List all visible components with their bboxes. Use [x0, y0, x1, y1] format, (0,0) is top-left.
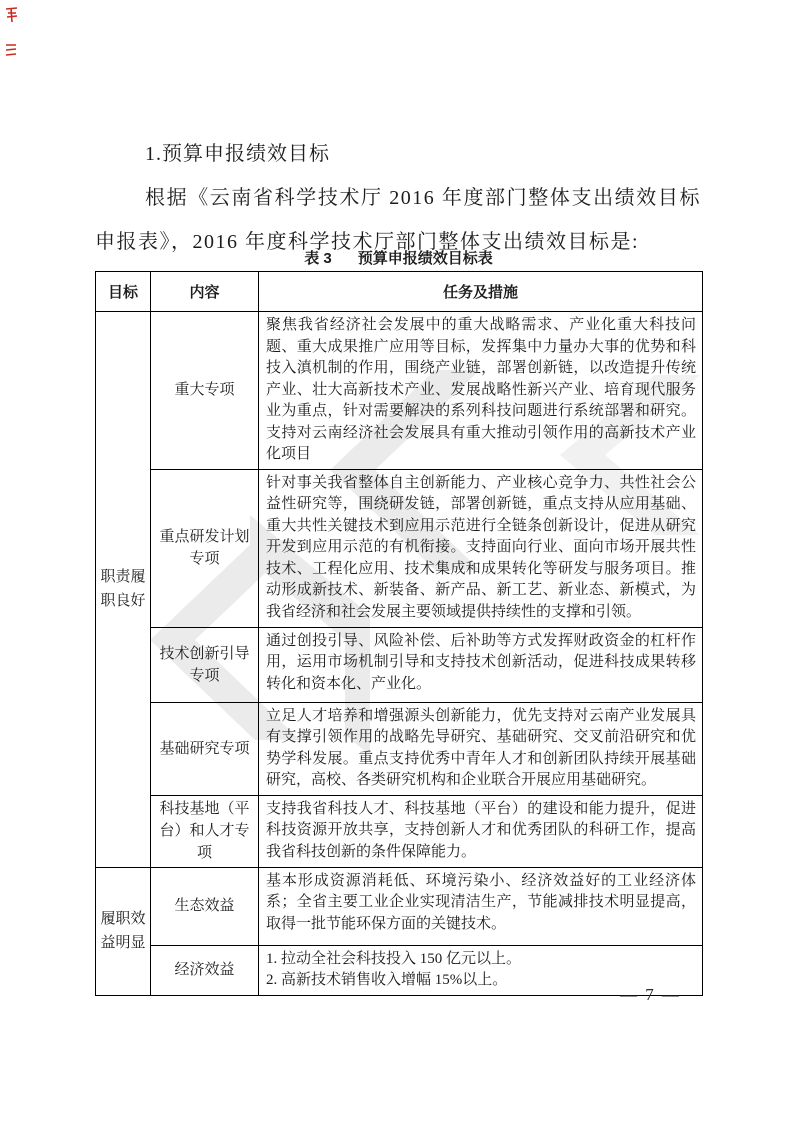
table-row: 科技基地（平台）和人才专项 支持我省科技人才、科技基地（平台）的建设和能力提升，… [96, 795, 703, 867]
task-cell: 针对事关我省整体自主创新能力、产业核心竞争力、共性社会公益性研究等，围绕研发链，… [259, 469, 703, 627]
content-cell: 科技基地（平台）和人才专项 [151, 795, 259, 867]
content-cell: 经济效益 [151, 945, 259, 995]
content-cell: 重点研发计划专项 [151, 469, 259, 627]
table-row: 履职效益明显 生态效益 基本形成资源消耗低、环境污染小、经济效益好的工业经济体系… [96, 867, 703, 945]
table-row: 重点研发计划专项 针对事关我省整体自主创新能力、产业核心竞争力、共性社会公益性研… [96, 469, 703, 627]
task-cell: 聚焦我省经济社会发展中的重大战略需求、产业化重大科技问题、重大成果推广应用等目标… [259, 312, 703, 470]
red-mark-icon [4, 6, 20, 24]
task-cell: 立足人才培养和增强源头创新能力，优先支持对云南产业发展具有支撑引领作用的战略先导… [259, 702, 703, 795]
goal-cell-duty: 职责履职良好 [96, 312, 151, 868]
table-row: 经济效益 1. 拉动全社会科技投入 150 亿元以上。 2. 高新技术销售收入增… [96, 945, 703, 995]
document-page: 1.预算申报绩效目标 根据《云南省科学技术厅 2016 年度部门整体支出绩效目标… [0, 0, 793, 1122]
red-mark-icon [4, 42, 18, 58]
table-row: 基础研究专项 立足人才培养和增强源头创新能力，优先支持对云南产业发展具有支撑引领… [96, 702, 703, 795]
page-number: — 7 — [620, 985, 681, 1005]
content-cell: 基础研究专项 [151, 702, 259, 795]
content-cell: 重大专项 [151, 312, 259, 470]
table-row: 职责履职良好 重大专项 聚焦我省经济社会发展中的重大战略需求、产业化重大科技问题… [96, 312, 703, 470]
task-line: 1. 拉动全社会科技投入 150 亿元以上。 [266, 949, 696, 971]
col-header-goal: 目标 [96, 272, 151, 312]
table-caption-label: 表 3 [304, 250, 332, 267]
table-header-row: 目标 内容 任务及措施 [96, 272, 703, 312]
task-cell: 通过创投引导、风险补偿、后补助等方式发挥财政资金的杠杆作用，运用市场机制引导和支… [259, 627, 703, 702]
task-cell: 基本形成资源消耗低、环境污染小、经济效益好的工业经济体系；全省主要工业企业实现清… [259, 867, 703, 945]
col-header-task: 任务及措施 [259, 272, 703, 312]
corner-marks [4, 6, 20, 76]
content-cell: 生态效益 [151, 867, 259, 945]
table-caption: 表 3预算申报绩效目标表 [95, 249, 702, 269]
section-title: 1.预算申报绩效目标 [145, 141, 330, 167]
goal-cell-benefit: 履职效益明显 [96, 867, 151, 995]
col-header-content: 内容 [151, 272, 259, 312]
content-cell: 技术创新引导专项 [151, 627, 259, 702]
performance-goal-table: 目标 内容 任务及措施 职责履职良好 重大专项 聚焦我省经济社会发展中的重大战略… [95, 271, 703, 996]
task-cell: 支持我省科技人才、科技基地（平台）的建设和能力提升，促进科技资源开放共享，支持创… [259, 795, 703, 867]
table-caption-title: 预算申报绩效目标表 [358, 250, 493, 267]
table-row: 技术创新引导专项 通过创投引导、风险补偿、后补助等方式发挥财政资金的杠杆作用，运… [96, 627, 703, 702]
